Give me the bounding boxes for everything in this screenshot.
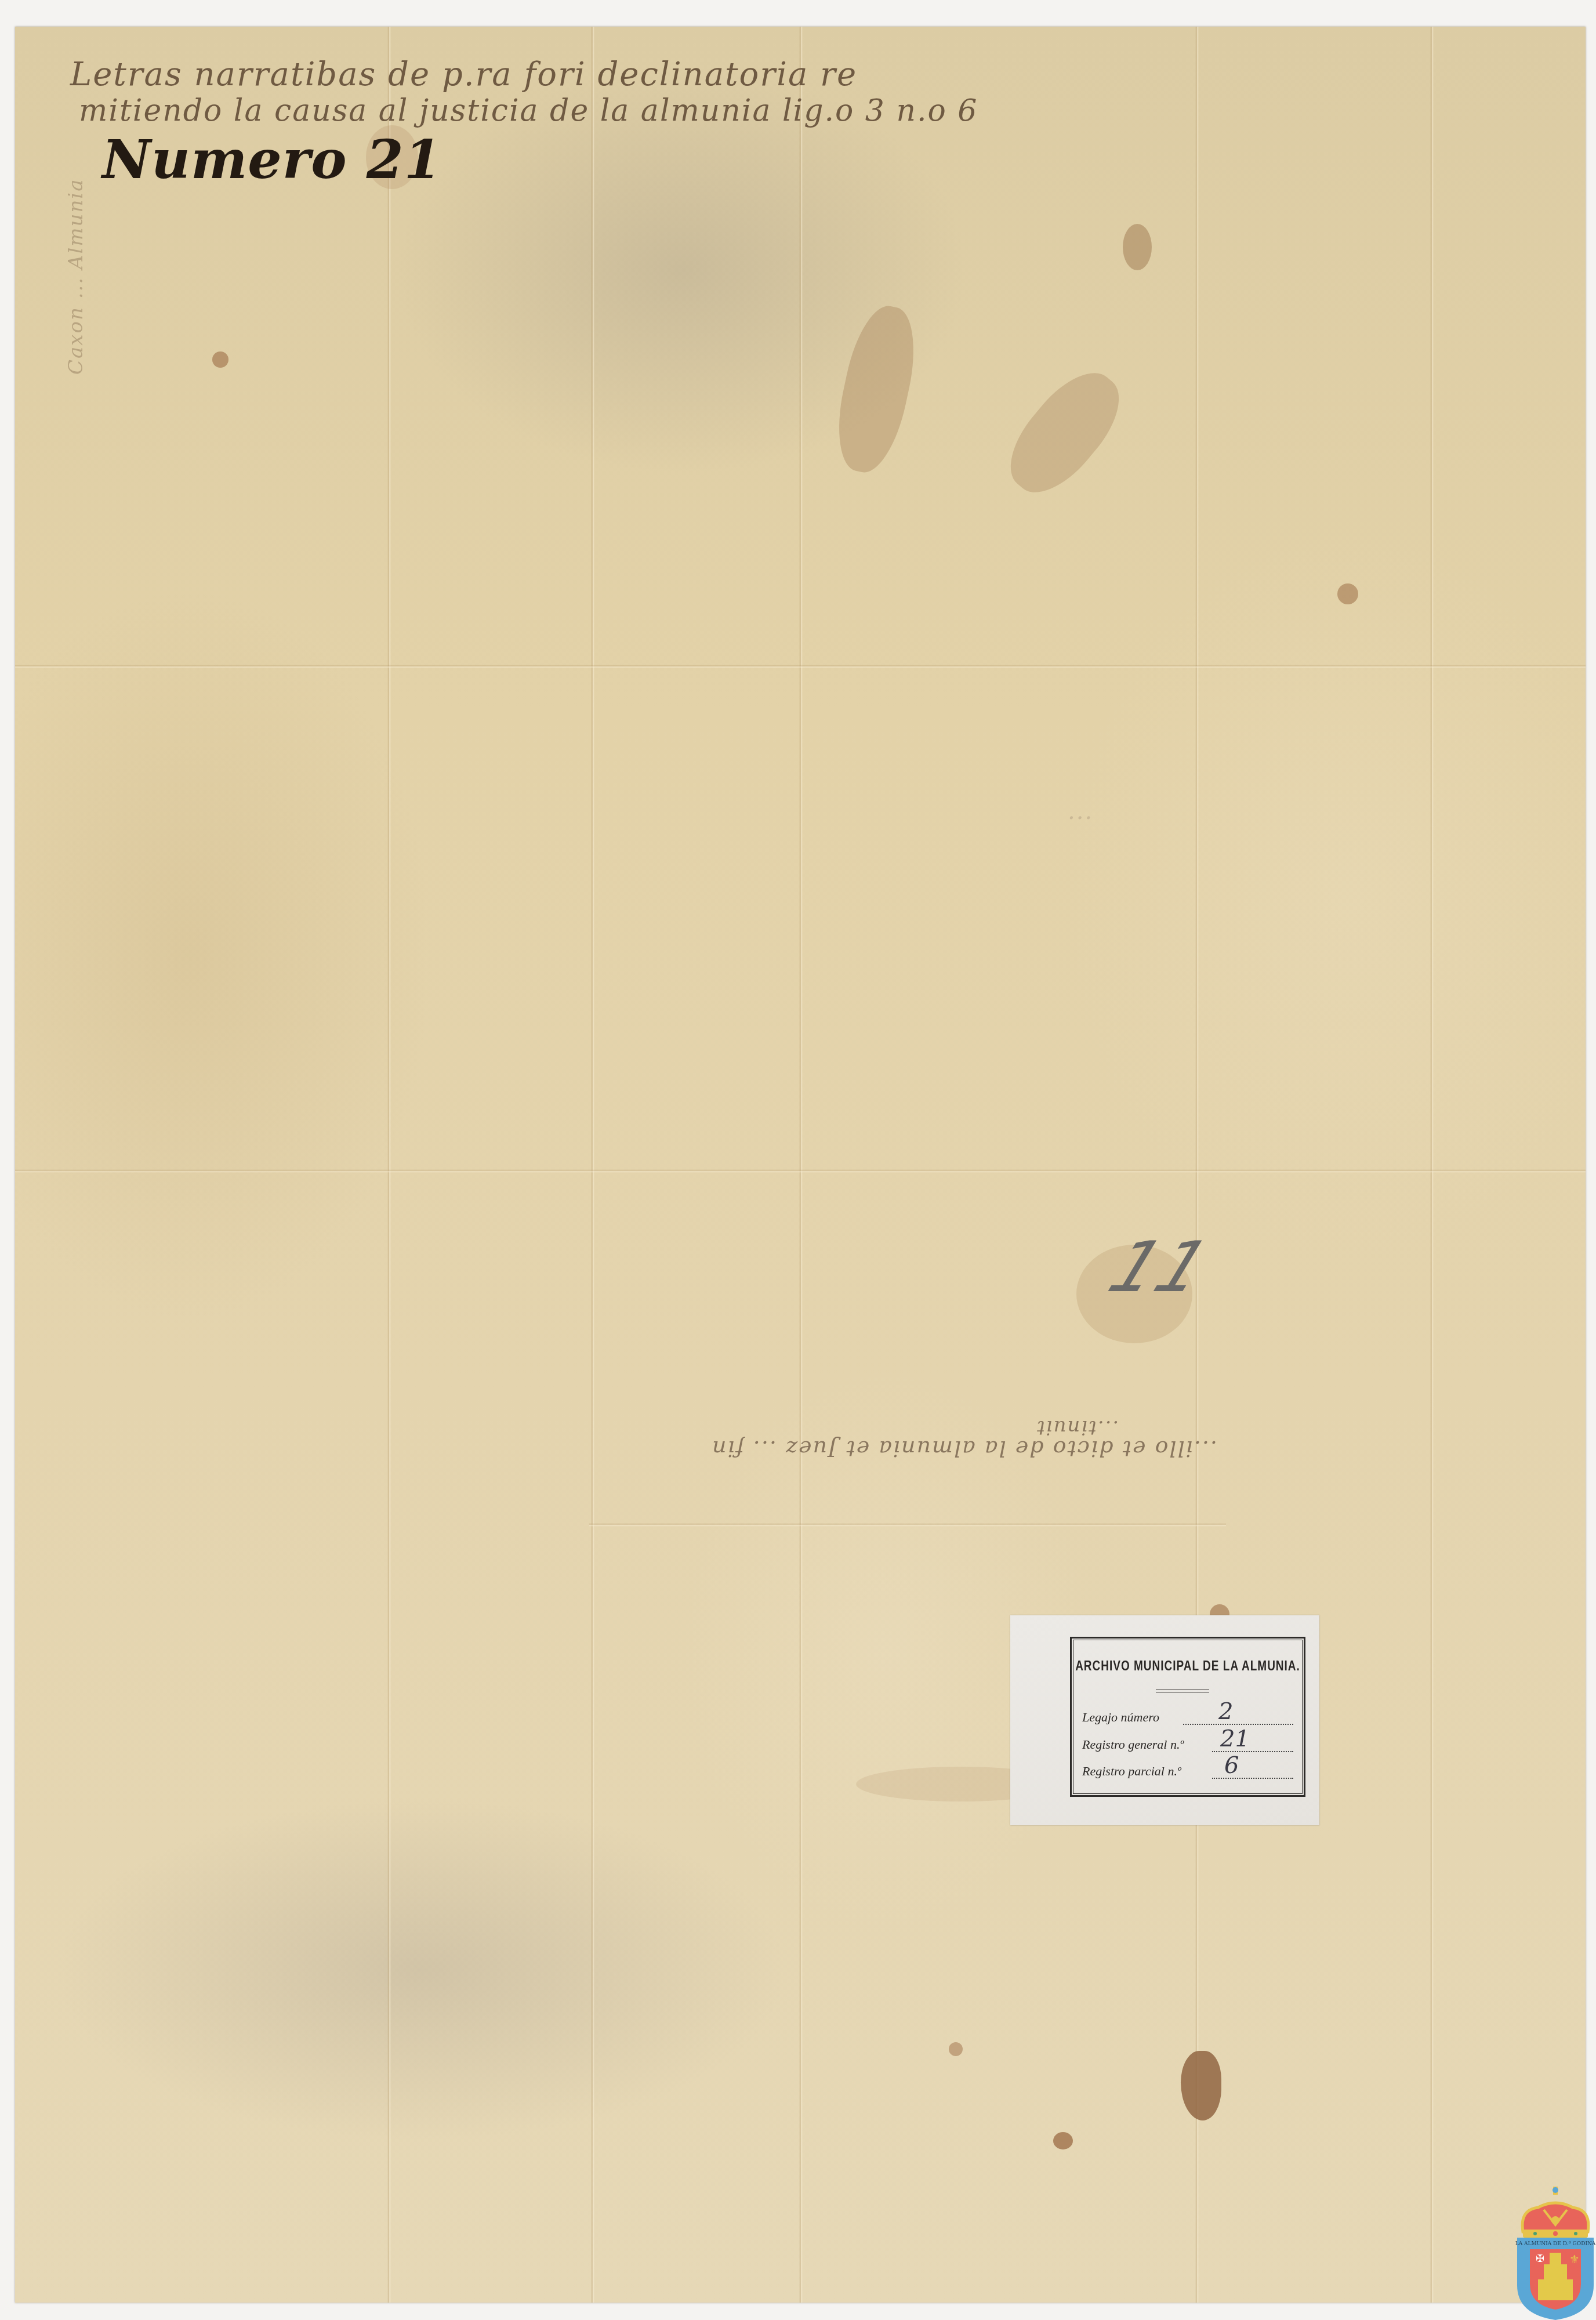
label-row-registro-parcial: Registro parcial n.º 6 — [1082, 1759, 1293, 1782]
archive-label-frame: ARCHIVO MUNICIPAL DE LA ALMUNIA. Legajo … — [1070, 1637, 1305, 1797]
parchment-document: Letras narratibas de p.ra fori declinato… — [15, 27, 1586, 2303]
registro-general-value: 21 — [1220, 1725, 1250, 1752]
legajo-value: 2 — [1218, 1698, 1233, 1725]
dotted-line — [1183, 1724, 1293, 1725]
header-note-line2: mitiendo la causa al justicia de la almu… — [79, 93, 978, 128]
pencil-mark: 11 — [1098, 1227, 1221, 1308]
municipal-coat-of-arms-icon: ✠ ⚜ LA ALMUNIA DE D.ª GODINA — [1515, 2187, 1596, 2320]
margin-note: Caxon ... Almunia — [64, 179, 88, 375]
fold-line — [1195, 27, 1199, 2303]
label-row-registro-general: Registro general n.º 21 — [1082, 1732, 1293, 1756]
registro-parcial-value: 6 — [1224, 1752, 1239, 1779]
registro-general-label: Registro general n.º — [1082, 1737, 1184, 1752]
ink-spot — [1123, 224, 1152, 270]
fold-line — [15, 665, 1586, 668]
fold-line — [15, 1169, 1586, 1173]
double-rule — [1156, 1692, 1209, 1692]
fold-line — [1430, 27, 1434, 2303]
legajo-label: Legajo número — [1082, 1710, 1159, 1725]
water-stain — [828, 300, 925, 478]
ink-spot — [1181, 2051, 1221, 2120]
ink-spot — [212, 351, 228, 368]
ink-spot — [1053, 2132, 1073, 2149]
water-stain — [993, 357, 1136, 509]
document-number-heading: Numero 21 — [102, 128, 442, 191]
fold-line — [799, 27, 803, 2303]
label-row-legajo: Legajo número 2 — [1082, 1705, 1293, 1728]
registro-parcial-label: Registro parcial n.º — [1082, 1764, 1181, 1779]
svg-text:✠: ✠ — [1536, 2253, 1544, 2265]
svg-text:LA ALMUNIA DE D.ª GODINA: LA ALMUNIA DE D.ª GODINA — [1515, 2241, 1596, 2247]
inverted-note-line2: ...tinuit — [1036, 1416, 1119, 1439]
faint-mark: ... — [1068, 798, 1093, 825]
svg-text:⚜: ⚜ — [1569, 2252, 1580, 2266]
archive-label: ARCHIVO MUNICIPAL DE LA ALMUNIA. Legajo … — [1010, 1615, 1319, 1825]
ink-spot — [949, 2042, 963, 2056]
fold-line — [589, 1523, 1226, 1527]
header-note-line1: Letras narratibas de p.ra fori declinato… — [70, 56, 857, 93]
fold-line — [591, 27, 594, 2303]
ink-spot — [1337, 583, 1358, 604]
archive-label-title: ARCHIVO MUNICIPAL DE LA ALMUNIA. — [1072, 1659, 1304, 1676]
fold-line — [387, 27, 391, 2303]
crown-icon — [1522, 2187, 1588, 2238]
double-rule — [1156, 1690, 1209, 1690]
inverted-note-line1: ...illo et dicto de la almunia et Juez .… — [711, 1436, 1217, 1462]
